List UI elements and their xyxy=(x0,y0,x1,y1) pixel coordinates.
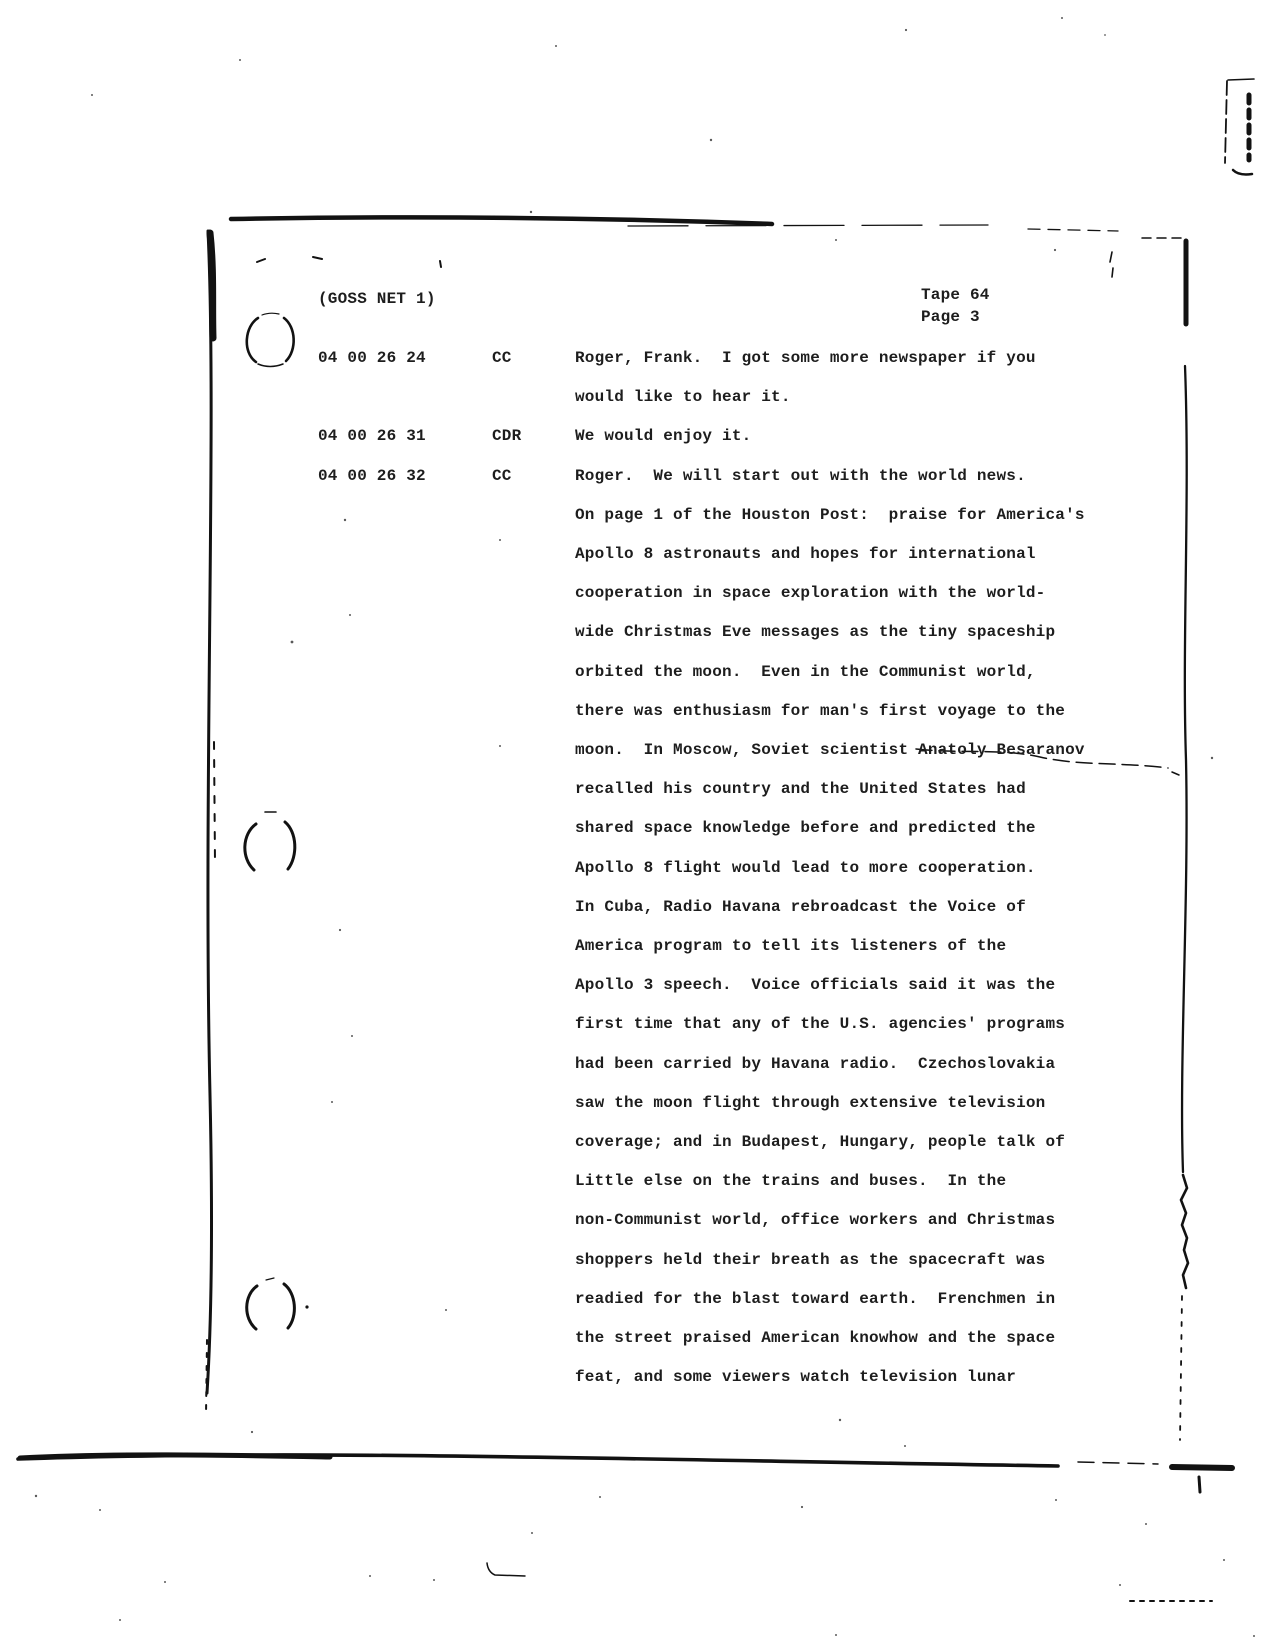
transcript-text: first time that any of the U.S. agencies… xyxy=(575,1015,1065,1033)
transcript-text: the street praised American knowhow and … xyxy=(575,1329,1055,1347)
speaker-label: CC xyxy=(492,467,512,485)
transcript-line: feat, and some viewers watch television … xyxy=(0,1368,1275,1398)
transcript-text: wide Christmas Eve messages as the tiny … xyxy=(575,623,1055,641)
transcript-text: We would enjoy it. xyxy=(575,427,751,445)
timestamp: 04 00 26 31 xyxy=(318,427,426,445)
transcript-text: readied for the blast toward earth. Fren… xyxy=(575,1290,1055,1308)
transcript-line: 04 00 26 31CDRWe would enjoy it. xyxy=(0,427,1275,457)
transcript-text: moon. In Moscow, Soviet scientist Anatol… xyxy=(575,741,1085,759)
transcript-text: there was enthusiasm for man's first voy… xyxy=(575,702,1065,720)
transcript-text: Apollo 8 flight would lead to more coope… xyxy=(575,859,1036,877)
transcript-line: saw the moon flight through extensive te… xyxy=(0,1094,1275,1124)
transcript: 04 00 26 24CCRoger, Frank. I got some mo… xyxy=(0,0,1275,1652)
transcript-line: would like to hear it. xyxy=(0,388,1275,418)
transcript-line: Apollo 8 flight would lead to more coope… xyxy=(0,859,1275,889)
timestamp: 04 00 26 24 xyxy=(318,349,426,367)
transcript-line: there was enthusiasm for man's first voy… xyxy=(0,702,1275,732)
transcript-text: America program to tell its listeners of… xyxy=(575,937,1006,955)
transcript-text: Apollo 8 astronauts and hopes for intern… xyxy=(575,545,1036,563)
transcript-line: cooperation in space exploration with th… xyxy=(0,584,1275,614)
timestamp: 04 00 26 32 xyxy=(318,467,426,485)
transcript-text: shared space knowledge before and predic… xyxy=(575,819,1036,837)
transcript-text: On page 1 of the Houston Post: praise fo… xyxy=(575,506,1085,524)
transcript-line: orbited the moon. Even in the Communist … xyxy=(0,663,1275,693)
transcript-text: recalled his country and the United Stat… xyxy=(575,780,1026,798)
transcript-text: coverage; and in Budapest, Hungary, peop… xyxy=(575,1133,1065,1151)
speaker-label: CDR xyxy=(492,427,521,445)
transcript-text: saw the moon flight through extensive te… xyxy=(575,1094,1045,1112)
transcript-text: Roger. We will start out with the world … xyxy=(575,467,1026,485)
transcript-line: On page 1 of the Houston Post: praise fo… xyxy=(0,506,1275,536)
transcript-text: Little else on the trains and buses. In … xyxy=(575,1172,1006,1190)
transcript-line: America program to tell its listeners of… xyxy=(0,937,1275,967)
transcript-line: 04 00 26 24CCRoger, Frank. I got some mo… xyxy=(0,349,1275,379)
transcript-text: shoppers held their breath as the spacec… xyxy=(575,1251,1045,1269)
transcript-line: 04 00 26 32CCRoger. We will start out wi… xyxy=(0,467,1275,497)
transcript-line: shoppers held their breath as the spacec… xyxy=(0,1251,1275,1281)
transcript-text: orbited the moon. Even in the Communist … xyxy=(575,663,1036,681)
transcript-line: Little else on the trains and buses. In … xyxy=(0,1172,1275,1202)
transcript-text: cooperation in space exploration with th… xyxy=(575,584,1045,602)
transcript-line: In Cuba, Radio Havana rebroadcast the Vo… xyxy=(0,898,1275,928)
transcript-text: In Cuba, Radio Havana rebroadcast the Vo… xyxy=(575,898,1026,916)
transcript-text: would like to hear it. xyxy=(575,388,791,406)
transcript-text: Roger, Frank. I got some more newspaper … xyxy=(575,349,1036,367)
transcript-line: moon. In Moscow, Soviet scientist Anatol… xyxy=(0,741,1275,771)
speaker-label: CC xyxy=(492,349,512,367)
scanned-transcript-page: (GOSS NET 1) Tape 64 Page 3 04 00 26 24C… xyxy=(0,0,1275,1652)
transcript-line: readied for the blast toward earth. Fren… xyxy=(0,1290,1275,1320)
transcript-line: wide Christmas Eve messages as the tiny … xyxy=(0,623,1275,653)
transcript-line: first time that any of the U.S. agencies… xyxy=(0,1015,1275,1045)
transcript-line: non-Communist world, office workers and … xyxy=(0,1211,1275,1241)
transcript-text: feat, and some viewers watch television … xyxy=(575,1368,1016,1386)
transcript-line: Apollo 3 speech. Voice officials said it… xyxy=(0,976,1275,1006)
transcript-line: the street praised American knowhow and … xyxy=(0,1329,1275,1359)
transcript-text: non-Communist world, office workers and … xyxy=(575,1211,1055,1229)
transcript-line: shared space knowledge before and predic… xyxy=(0,819,1275,849)
transcript-line: coverage; and in Budapest, Hungary, peop… xyxy=(0,1133,1275,1163)
transcript-text: Apollo 3 speech. Voice officials said it… xyxy=(575,976,1055,994)
transcript-line: had been carried by Havana radio. Czecho… xyxy=(0,1055,1275,1085)
transcript-line: recalled his country and the United Stat… xyxy=(0,780,1275,810)
transcript-text: had been carried by Havana radio. Czecho… xyxy=(575,1055,1055,1073)
transcript-line: Apollo 8 astronauts and hopes for intern… xyxy=(0,545,1275,575)
